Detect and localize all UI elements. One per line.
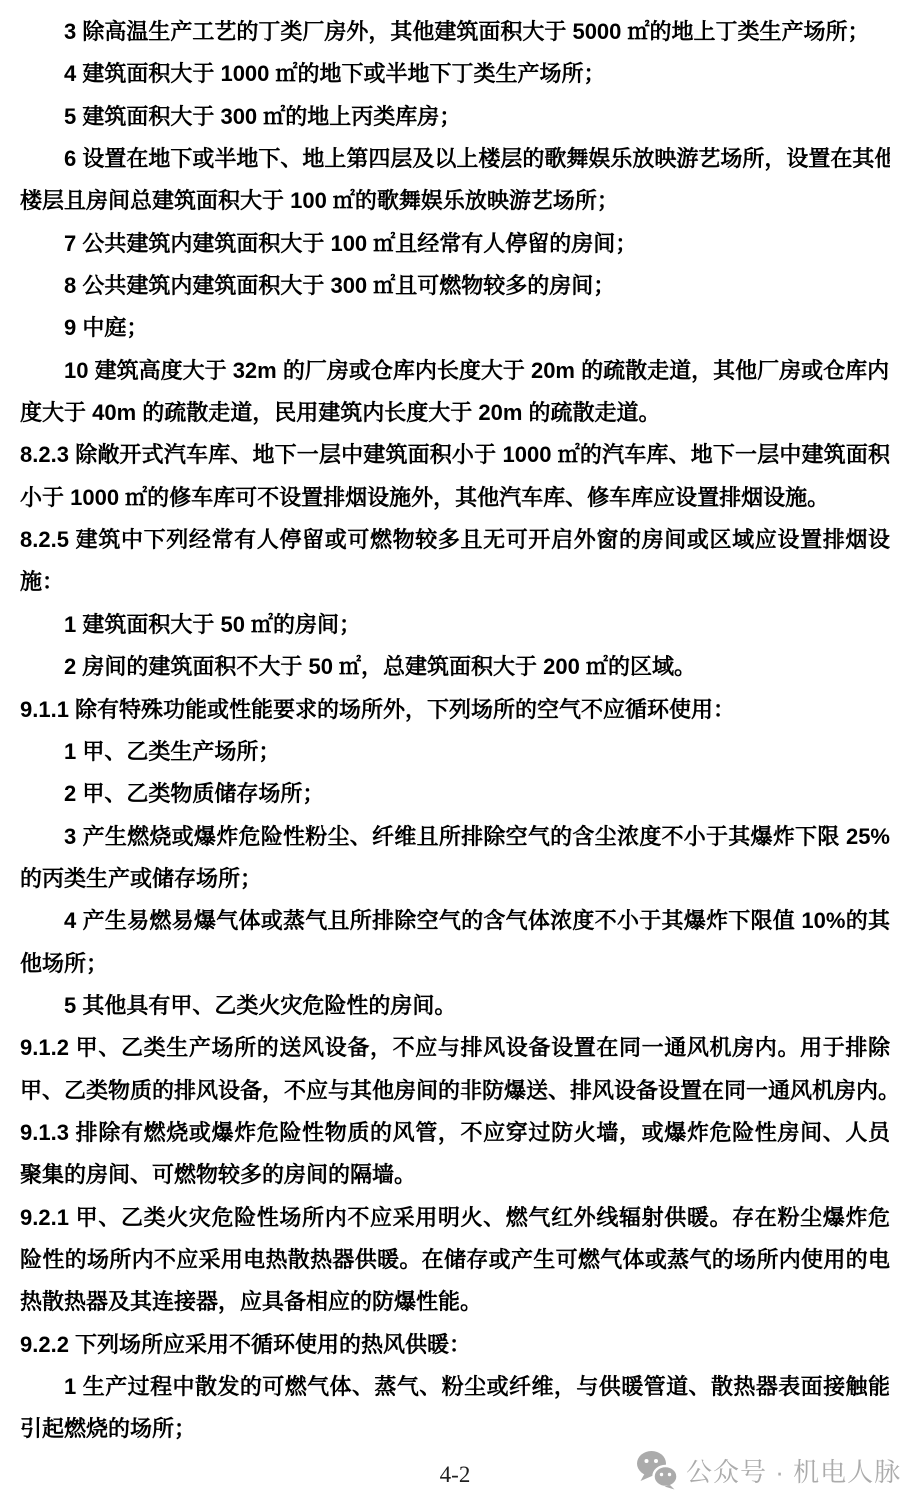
text-line: 4 建筑面积大于 1000 ㎡的地下或半地下丁类生产场所； [20,53,890,95]
text-line: 施： [20,561,890,603]
text-line: 9 中庭； [20,307,890,349]
text-line: 引起燃烧的场所； [20,1408,890,1450]
text-line: 8 公共建筑内建筑面积大于 300 ㎡且可燃物较多的房间； [20,265,890,307]
document-page: 3 除高温生产工艺的丁类厂房外，其他建筑面积大于 5000 ㎡的地上丁类生产场所… [0,0,921,1507]
watermark: 公众号 · 机电人脉 [636,1448,901,1492]
text-line: 10 建筑高度大于 32m 的厂房或仓库内长度大于 20m 的疏散走道，其他厂房… [20,350,890,392]
text-line: 5 其他具有甲、乙类火灾危险性的房间。 [20,985,890,1027]
text-line: 甲、乙类物质的排风设备，不应与其他房间的非防爆送、排风设备设置在同一通风机房内。 [20,1070,890,1112]
text-line: 4 产生易燃易爆气体或蒸气且所排除空气的含气体浓度不小于其爆炸下限值 10%的其 [20,900,890,942]
text-line: 6 设置在地下或半地下、地上第四层及以上楼层的歌舞娱乐放映游艺场所，设置在其他 [20,138,890,180]
text-line: 聚集的房间、可燃物较多的房间的隔墙。 [20,1154,890,1196]
text-line: 度大于 40m 的疏散走道，民用建筑内长度大于 20m 的疏散走道。 [20,392,890,434]
text-line: 楼层且房间总建筑面积大于 100 ㎡的歌舞娱乐放映游艺场所； [20,180,890,222]
document-body: 3 除高温生产工艺的丁类厂房外，其他建筑面积大于 5000 ㎡的地上丁类生产场所… [20,11,890,1451]
text-line: 5 建筑面积大于 300 ㎡的地上丙类库房； [20,96,890,138]
text-line: 1 建筑面积大于 50 ㎡的房间； [20,604,890,646]
text-line: 2 甲、乙类物质储存场所； [20,773,890,815]
text-line: 他场所； [20,943,890,985]
text-line: 9.1.3 排除有燃烧或爆炸危险性物质的风管，不应穿过防火墙，或爆炸危险性房间、… [20,1112,890,1154]
text-line: 3 除高温生产工艺的丁类厂房外，其他建筑面积大于 5000 ㎡的地上丁类生产场所… [20,11,890,53]
text-line: 的丙类生产或储存场所； [20,858,890,900]
text-line: 7 公共建筑内建筑面积大于 100 ㎡且经常有人停留的房间； [20,223,890,265]
text-line: 险性的场所内不应采用电热散热器供暖。在储存或产生可燃气体或蒸气的场所内使用的电 [20,1239,890,1281]
text-line: 9.1.2 甲、乙类生产场所的送风设备，不应与排风设备设置在同一通风机房内。用于… [20,1027,890,1069]
text-line: 1 甲、乙类生产场所； [20,731,890,773]
text-line: 小于 1000 ㎡的修车库可不设置排烟设施外，其他汽车库、修车库应设置排烟设施。 [20,477,890,519]
text-line: 9.1.1 除有特殊功能或性能要求的场所外，下列场所的空气不应循环使用： [20,689,890,731]
text-line: 1 生产过程中散发的可燃气体、蒸气、粉尘或纤维，与供暖管道、散热器表面接触能 [20,1366,890,1408]
wechat-icon [636,1450,678,1490]
text-line: 热散热器及其连接器，应具备相应的防爆性能。 [20,1281,890,1323]
text-line: 8.2.3 除敞开式汽车库、地下一层中建筑面积小于 1000 ㎡的汽车库、地下一… [20,434,890,476]
text-line: 3 产生燃烧或爆炸危险性粉尘、纤维且所排除空气的含尘浓度不小于其爆炸下限 25% [20,816,890,858]
text-line: 2 房间的建筑面积不大于 50 ㎡，总建筑面积大于 200 ㎡的区域。 [20,646,890,688]
watermark-text: 公众号 · 机电人脉 [686,1452,901,1489]
text-line: 9.2.1 甲、乙类火灾危险性场所内不应采用明火、燃气红外线辐射供暖。存在粉尘爆… [20,1197,890,1239]
text-line: 8.2.5 建筑中下列经常有人停留或可燃物较多且无可开启外窗的房间或区域应设置排… [20,519,890,561]
text-line: 9.2.2 下列场所应采用不循环使用的热风供暖： [20,1324,890,1366]
